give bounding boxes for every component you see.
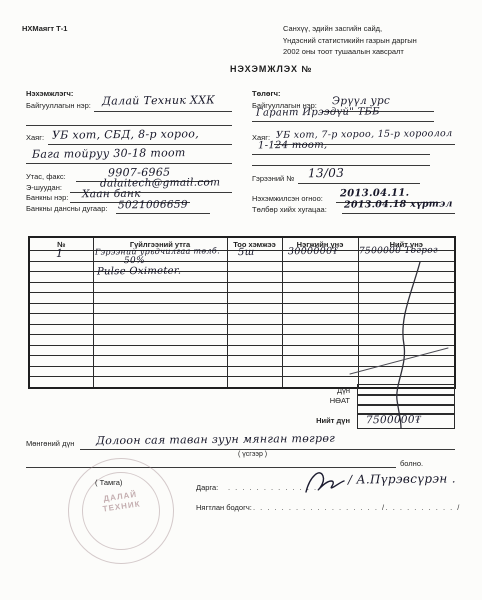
director-label: Дарга:	[196, 483, 218, 492]
page-title: НЭХЭМЖЛЭХ №	[230, 64, 313, 74]
table-row	[29, 293, 455, 304]
table-cell	[29, 366, 93, 377]
stamp-label: ( Тамга)	[95, 478, 122, 487]
table-cell	[282, 324, 358, 335]
table-cell	[29, 345, 93, 356]
subtotal-label: Дүн	[250, 386, 350, 395]
table-cell	[282, 282, 358, 293]
table-cell	[358, 345, 455, 356]
payer-org-value-2: Гарант Ирээдүй" ТББ	[256, 106, 380, 118]
due-date-line[interactable]	[342, 212, 455, 214]
contract-number-line[interactable]	[298, 182, 420, 184]
table-cell	[29, 303, 93, 314]
legal-line-3: 2002 оны тоот тушаалын хавсралт	[283, 46, 417, 58]
biller-address-line[interactable]	[48, 143, 232, 145]
table-row	[29, 261, 455, 272]
biller-address-line-2[interactable]	[26, 162, 232, 164]
biller-phone-label: Утас, факс:	[26, 172, 66, 181]
table-cell	[282, 261, 358, 272]
table-cell	[358, 293, 455, 304]
table-cell	[93, 377, 227, 388]
table-cell	[282, 293, 358, 304]
table-cell	[358, 282, 455, 293]
table-row	[29, 366, 455, 377]
table-row	[29, 345, 455, 356]
legal-line-2: Үндэсний статистикийн газрын даргын	[283, 35, 417, 47]
biller-account-value: 5021006659	[118, 199, 188, 212]
table-cell	[358, 366, 455, 377]
director-name: / А.Пүрэвсүрэн .	[348, 471, 456, 486]
table-cell	[282, 272, 358, 283]
table-cell	[358, 324, 455, 335]
payer-address-line-2[interactable]	[252, 153, 430, 155]
amount-words-label: Мөнгөний дүн	[26, 439, 74, 448]
table-cell	[227, 345, 282, 356]
table-cell	[358, 335, 455, 346]
table-cell	[227, 314, 282, 325]
table-cell	[282, 303, 358, 314]
table-row	[29, 314, 455, 325]
biller-address-value-2: Бага тойруу 30-18 тоот	[32, 146, 186, 161]
biller-org-value: Далай Техник ХХК	[102, 93, 215, 107]
table-cell	[358, 272, 455, 283]
grand-total-label: Нийт дүн	[250, 416, 350, 425]
table-cell	[93, 335, 227, 346]
table-row	[29, 356, 455, 367]
table-cell	[29, 261, 93, 272]
invoice-date-label: Нэхэмжилсэн огноо:	[252, 194, 323, 203]
col-header-quantity: Тоо хэмжээ	[227, 237, 282, 251]
biller-org-line[interactable]	[94, 110, 232, 112]
table-cell	[282, 345, 358, 356]
items-table: № Гүйлгээний утга Тоо хэмжээ Нэгжийн үнэ…	[28, 236, 456, 389]
amount-words-value: Долоон сая таван зуун мянган төгрөг	[96, 432, 335, 448]
payer-org-value-1: Эрүүл урс	[332, 95, 390, 108]
table-cell	[93, 356, 227, 367]
biller-section-label: Нэхэмжлэгч:	[26, 89, 73, 98]
payer-org-line-2[interactable]	[252, 120, 434, 122]
table-cell	[358, 314, 455, 325]
table-cell	[227, 282, 282, 293]
table-cell	[29, 293, 93, 304]
payer-address-value-2: 1-124 тоот,	[258, 140, 328, 152]
table-cell	[282, 314, 358, 325]
table-cell	[29, 272, 93, 283]
table-cell	[29, 377, 93, 388]
item-row-number: 1	[56, 247, 63, 260]
biller-org-line-2[interactable]	[26, 124, 232, 126]
table-row	[29, 303, 455, 314]
table-cell	[29, 314, 93, 325]
table-cell	[93, 293, 227, 304]
item-quantity: 5ш	[238, 247, 255, 258]
biller-account-label: Банкны дансны дугаар:	[26, 204, 107, 213]
table-cell	[227, 293, 282, 304]
table-cell	[227, 335, 282, 346]
grand-total-value: 7500000₮	[366, 414, 421, 427]
item-description-line2: 50%	[124, 256, 145, 266]
table-cell	[93, 282, 227, 293]
biller-email-label: Э-шуудан:	[26, 183, 62, 192]
table-cell	[93, 314, 227, 325]
payer-section-label: Төлөгч:	[252, 89, 280, 98]
table-cell	[282, 335, 358, 346]
table-row	[29, 282, 455, 293]
vat-label: НӨАТ	[250, 396, 350, 405]
table-cell	[227, 272, 282, 283]
item-description-line3: Pulse Oximeter.	[97, 266, 181, 278]
table-row	[29, 272, 455, 283]
table-cell	[93, 345, 227, 356]
invoice-form: НХМаягт Т-1 Санхүү, эдийн засгийн сайд, …	[0, 0, 482, 600]
table-cell	[282, 356, 358, 367]
table-cell	[227, 261, 282, 272]
biller-address-value-1: УБ хот, СБД, 8-р хороо,	[52, 127, 199, 142]
accountant-dotted-line[interactable]: . . . . . . . . . . . . . . . . . . /. .…	[253, 503, 461, 512]
legal-line-1: Санхүү, эдийн засгийн сайд,	[283, 23, 417, 35]
biller-bank-label: Банкны нэр:	[26, 193, 68, 202]
table-cell	[358, 261, 455, 272]
table-cell	[93, 324, 227, 335]
table-cell	[227, 303, 282, 314]
accountant-label: Нягтлан бодогч:	[196, 503, 252, 512]
contract-number-label: Гэрээний №	[252, 174, 294, 183]
table-cell	[227, 366, 282, 377]
table-cell	[29, 356, 93, 367]
table-cell	[93, 303, 227, 314]
item-unit-price: 3000000₮	[288, 246, 338, 258]
contract-number-value: 13/03	[308, 166, 344, 180]
biller-account-line[interactable]	[116, 212, 210, 214]
amount-words-line[interactable]	[80, 448, 455, 450]
amount-words-line-2[interactable]	[26, 466, 396, 468]
table-cell	[227, 324, 282, 335]
table-cell	[29, 335, 93, 346]
item-description-line1: Гэрээний урьдчилгаа төлб.	[95, 246, 220, 256]
biller-address-label: Хаяг:	[26, 133, 44, 142]
table-row	[29, 335, 455, 346]
amount-words-suffix: болно.	[400, 459, 423, 468]
table-cell	[93, 366, 227, 377]
item-total: 7500000 Төгрөг	[359, 246, 438, 257]
table-cell	[227, 251, 282, 262]
due-date-value: 2013.04.18 хүртэл	[344, 198, 453, 210]
table-cell	[358, 356, 455, 367]
table-cell	[29, 324, 93, 335]
legal-reference: Санхүү, эдийн засгийн сайд, Үндэсний ста…	[283, 23, 417, 58]
table-row	[29, 324, 455, 335]
director-dotted-line[interactable]: . . . . . . . . . . . . .	[228, 483, 318, 492]
form-code: НХМаягт Т-1	[22, 24, 67, 33]
biller-org-label: Байгууллагын нэр:	[26, 101, 91, 110]
amount-words-hint: ( үсгээр )	[238, 450, 267, 459]
invoice-date-value: 2013.04.11.	[340, 188, 410, 200]
table-cell	[227, 356, 282, 367]
due-date-label: Төлбөр хийх хугацаа:	[252, 205, 327, 214]
table-cell	[282, 366, 358, 377]
table-cell	[358, 303, 455, 314]
table-cell	[29, 282, 93, 293]
